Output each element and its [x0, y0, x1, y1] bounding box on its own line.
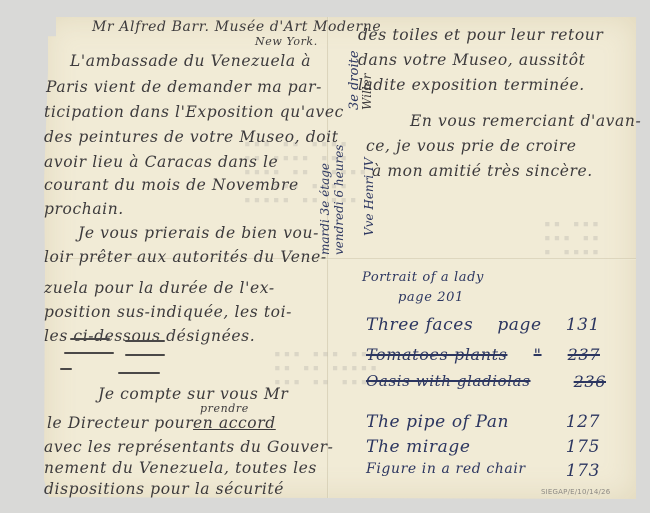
letter-line-right: à mon amitié très sincère.: [372, 162, 593, 180]
letter-closing-line: le Directeur pour: [47, 414, 193, 432]
separator-dash: [64, 352, 114, 354]
bleed-through-text: ▪▪▪ ▪▪ ▪▪▪▪ ▪▪ ▪▪▪▪ ▪▪▪ ▪▪▪▪ ▪▪ ▪▪▪▪▪ ▪▪…: [244, 137, 369, 207]
letter-line-right: ce, je vous prie de croire: [366, 137, 577, 155]
letter-line: courant du mois de Novembre: [44, 176, 299, 194]
letter-header-recipient: Mr Alfred Barr. Musée d'Art Moderne: [92, 19, 381, 35]
separator-dash: [60, 368, 72, 370]
painting-page-number: 127: [566, 412, 600, 432]
painting-page-number: 173: [566, 461, 600, 481]
painting-title: Tomatoes plants: [366, 345, 507, 364]
painting-list-item-struck: Oasis with gladiolas 236: [366, 372, 606, 391]
margin-note-day: mardi 3e étage: [318, 163, 332, 255]
painting-page-number: 131: [566, 315, 600, 335]
struck-phrase: en accord: [193, 414, 276, 432]
separator-dash: [125, 354, 165, 356]
painting-title: The pipe of Pan: [366, 412, 509, 432]
letter-closing-line: avec les représentants du Gouver-: [44, 438, 333, 456]
letter-line-right: des toiles et pour leur retour: [358, 26, 603, 44]
painting-page-number: 236: [574, 372, 606, 391]
letter-line: Je vous prierais de bien vou-: [78, 224, 319, 242]
letter-line: zuela pour la durée de l'ex-: [44, 279, 275, 297]
letter-line: loir prêter aux autorités du Vene-: [44, 248, 327, 266]
letter-header-location: New York.: [255, 35, 318, 48]
bleed-through-text: ▪▪ ▪▪▪ ▪▪▪ ▪▪ ▪ ▪▪▪▪: [544, 217, 602, 259]
letter-line-right: En vous remerciant d'avan-: [410, 112, 641, 130]
painting-list-item: Three faces page 131: [366, 315, 600, 335]
separator-dash: [70, 338, 110, 340]
painting-page-number: 175: [566, 437, 600, 457]
separator-dash: [125, 340, 165, 342]
painting-page-label: page: [497, 315, 541, 335]
painting-list-header-page: page 201: [398, 290, 464, 305]
letter-line: ticipation dans l'Exposition qu'avec: [44, 103, 344, 121]
archive-stamp: SIEGAP/E/10/14/26: [541, 488, 610, 496]
letter-line-right: dans votre Museo, aussitôt: [358, 51, 586, 69]
painting-list-item: Figure in a red chair 173: [366, 461, 600, 481]
painting-list-header: Portrait of a lady: [362, 270, 484, 285]
letter-line: les ci-dessous désignées.: [44, 327, 255, 345]
letter-line-right: ladite exposition terminée.: [358, 76, 585, 94]
painting-list-item: The pipe of Pan 127: [366, 412, 600, 432]
letter-line: Paris vient de demander ma par-: [46, 78, 322, 96]
painting-title: Figure in a red chair: [366, 461, 526, 481]
painting-title: Oasis with gladiolas: [366, 372, 531, 391]
painting-page-label: ": [534, 345, 542, 364]
separator-dash: [118, 372, 160, 374]
painting-title: The mirage: [366, 437, 471, 457]
letter-line: prochain.: [44, 200, 124, 218]
letter-line: avoir lieu à Caracas dans le: [44, 153, 278, 171]
letter-line: position sus-indiquée, les toi-: [44, 303, 292, 321]
painting-list-item-struck: Tomatoes plants " 237: [366, 345, 600, 364]
painting-title: Three faces: [366, 315, 473, 335]
painting-list-item: The mirage 175: [366, 437, 600, 457]
painting-page-number: 237: [568, 345, 600, 364]
letter-closing-line: nement du Venezuela, toutes les: [44, 459, 317, 477]
letter-line: des peintures de votre Museo, doit: [44, 128, 339, 146]
letter-closing-line: Je compte sur vous Mr: [98, 385, 288, 403]
margin-note-time: vendredi 6 heures: [332, 145, 346, 255]
letter-closing-line: dispositions pour la sécurité: [44, 480, 284, 498]
letter-line: L'ambassade du Venezuela à: [70, 52, 311, 70]
